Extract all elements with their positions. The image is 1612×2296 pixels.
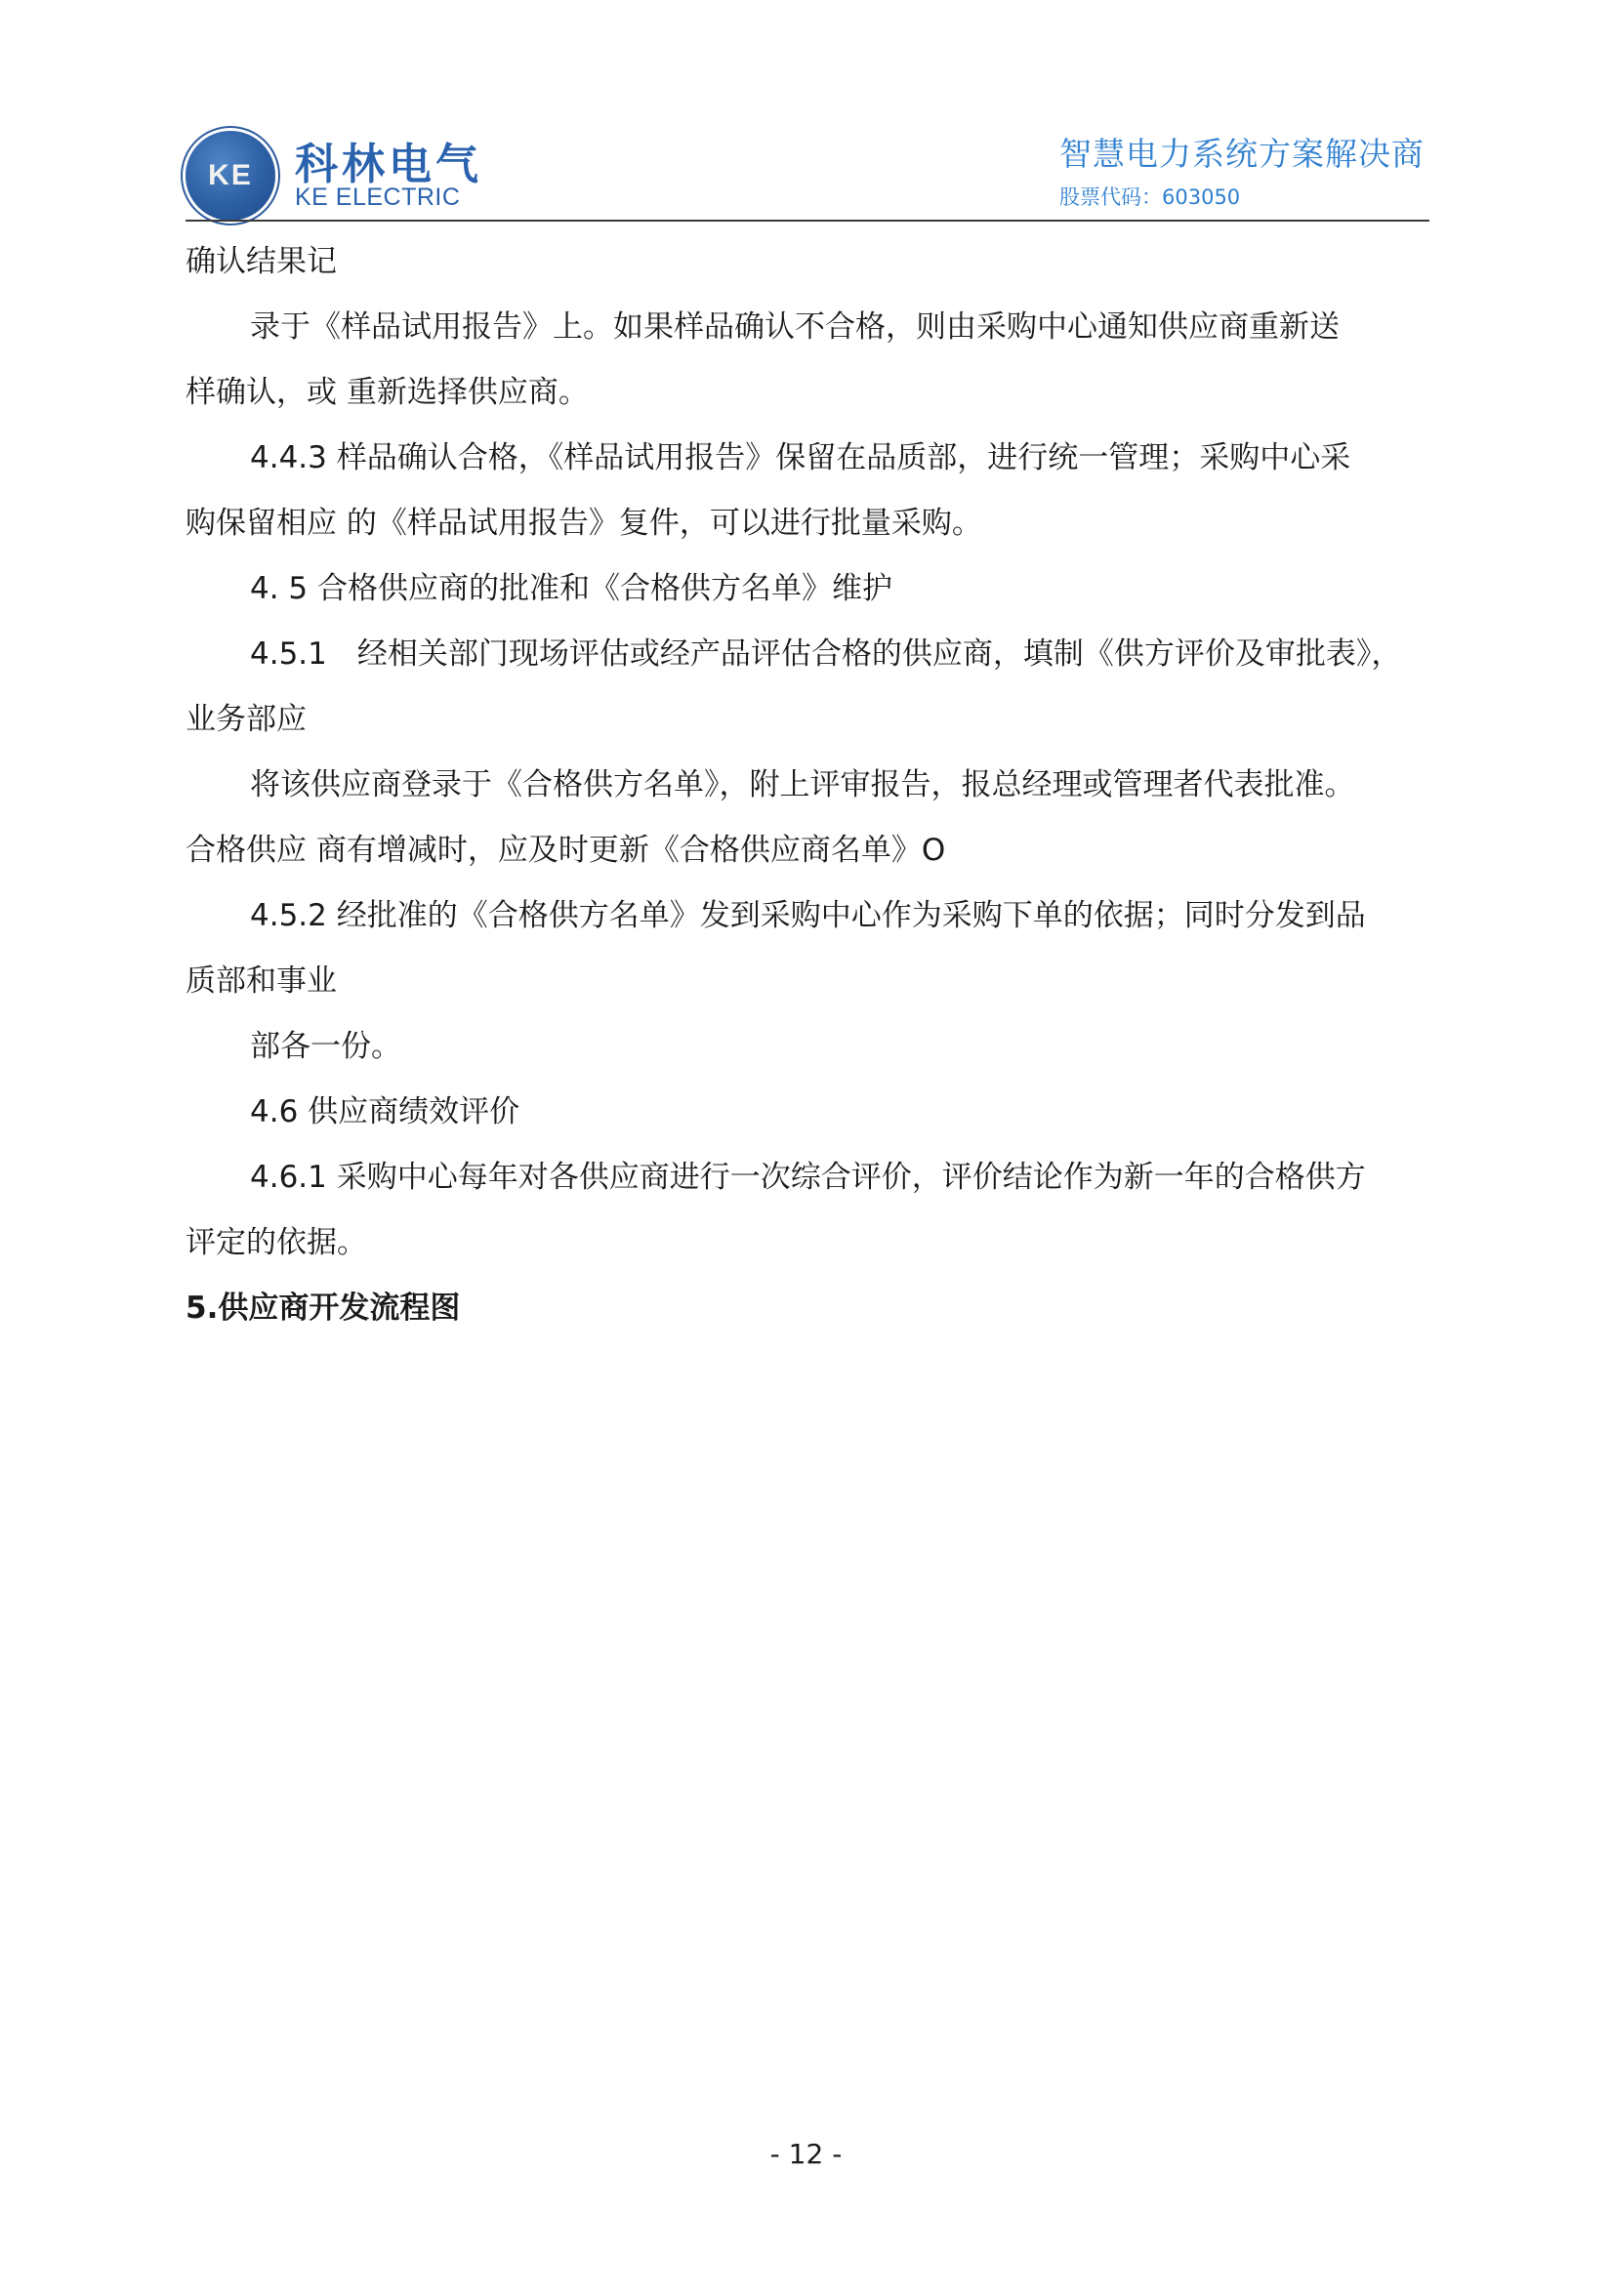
text-line: 购保留相应 的《样品试用报告》复件，可以进行批量采购。 [186,504,982,543]
text-line: 样确认，或 重新选择供应商。 [186,373,589,412]
logo-mark: KE [208,159,253,192]
text-line: 评定的依据。 [186,1223,367,1262]
brand-name-cn: 科林电气 [295,129,482,191]
text-line: 4.6.1 采购中心每年对各供应商进行一次综合评价，评价结论作为新一年的合格供方 [250,1158,1366,1197]
section-heading-4-6: 4.6 供应商绩效评价 [250,1092,519,1131]
text-line: 4.4.3 样品确认合格，《样品试用报告》保留在品质部，进行统一管理；采购中心采 [250,438,1350,477]
text-line: 确认结果记 [186,242,337,281]
text-line: 质部和事业 [186,962,337,1001]
page-number: - 12 - [0,2138,1612,2170]
section-heading-4-5: 4. 5 合格供应商的批准和《合格供方名单》维护 [250,569,892,608]
company-logo-icon: KE [186,131,275,221]
stock-code: 股票代码：603050 [1059,182,1240,211]
text-line: 录于《样品试用报告》上。如果样品确认不合格，则由采购中心通知供应商重新送 [250,307,1340,347]
text-line: 业务部应 [186,700,307,739]
text-line: 4.5.2 经批准的《合格供方名单》发到采购中心作为采购下单的依据；同时分发到品 [250,896,1366,935]
text-line: 将该供应商登录于《合格供方名单》，附上评审报告，报总经理或管理者代表批准。 [250,765,1355,804]
section-heading-5: 5.供应商开发流程图 [186,1289,460,1328]
text-line: 合格供应 商有增减时，应及时更新《合格供应商名单》O [186,831,945,870]
company-slogan: 智慧电力系统方案解决商 [1059,129,1425,175]
header-divider [186,220,1429,222]
brand-name-en: KE ELECTRIC [295,184,460,212]
text-line: 部各一份。 [250,1027,401,1066]
text-line: 4.5.1 经相关部门现场评估或经产品评估合格的供应商，填制《供方评价及审批表》… [250,635,1401,674]
